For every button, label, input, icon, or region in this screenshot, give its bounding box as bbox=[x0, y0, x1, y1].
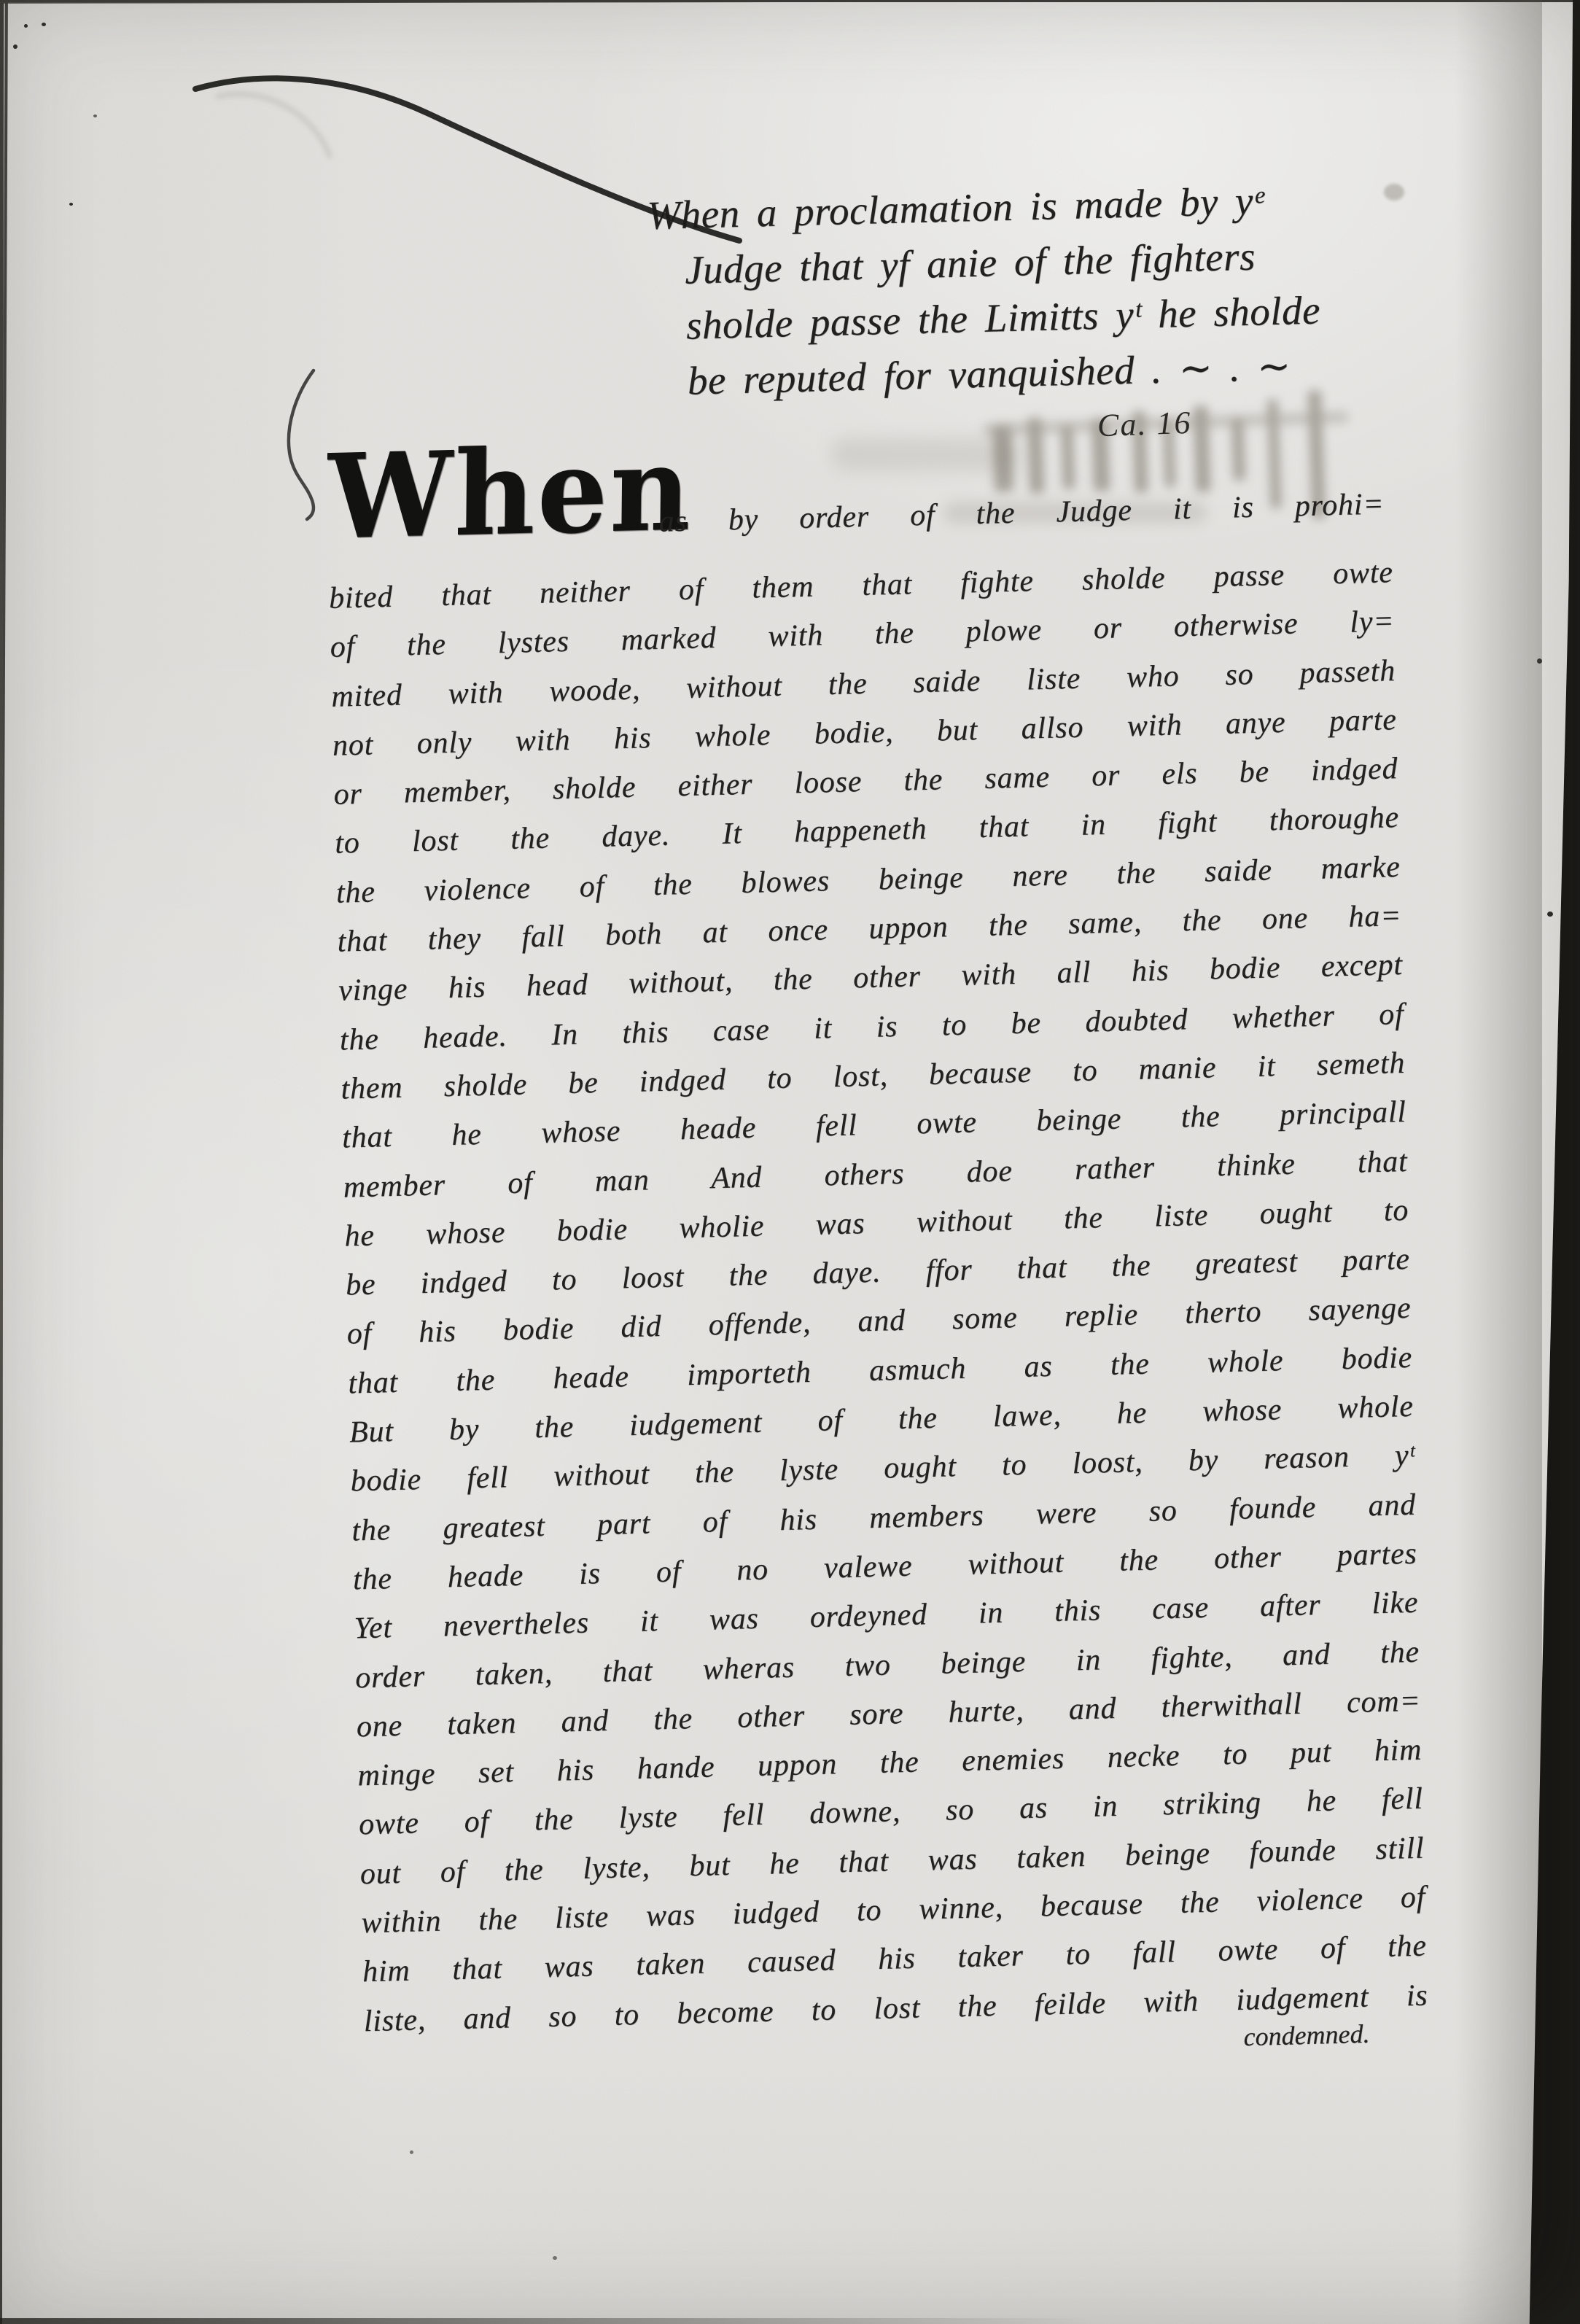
ink-speck bbox=[553, 2256, 557, 2260]
ink-speck bbox=[24, 24, 28, 28]
page-edge-bottom bbox=[0, 2318, 1094, 2324]
ink-speck bbox=[69, 203, 73, 206]
ink-speck bbox=[13, 44, 17, 49]
catchword: condemned. bbox=[1204, 2017, 1409, 2053]
manuscript-page: When a proclamation is made by yᵉ Judge … bbox=[0, 0, 1580, 2324]
ink-speck bbox=[1547, 912, 1553, 917]
ink-speck bbox=[42, 23, 46, 26]
bleedthrough-arc bbox=[130, 61, 366, 289]
manuscript-line: as by order of the Judge it is prohi= bbox=[658, 483, 1385, 542]
page-edge-top bbox=[0, 0, 1580, 2]
chapter-heading: When a proclamation is made by yᵉ Judge … bbox=[646, 169, 1424, 410]
drop-cap-initial: When bbox=[327, 423, 693, 562]
margin-pen-squiggle bbox=[289, 370, 314, 519]
paper-stain bbox=[1384, 184, 1404, 201]
page-edge-left bbox=[0, 0, 3, 2324]
ink-speck bbox=[410, 2150, 413, 2154]
binding-shadow bbox=[1455, 0, 1542, 2324]
manuscript-body: When as by order of the Judge it is proh… bbox=[318, 413, 1437, 2087]
manuscript-text-column: bited that neither of them that fighte s… bbox=[328, 548, 1428, 2046]
ink-speck bbox=[93, 114, 97, 117]
ink-speck bbox=[1251, 1797, 1255, 1800]
